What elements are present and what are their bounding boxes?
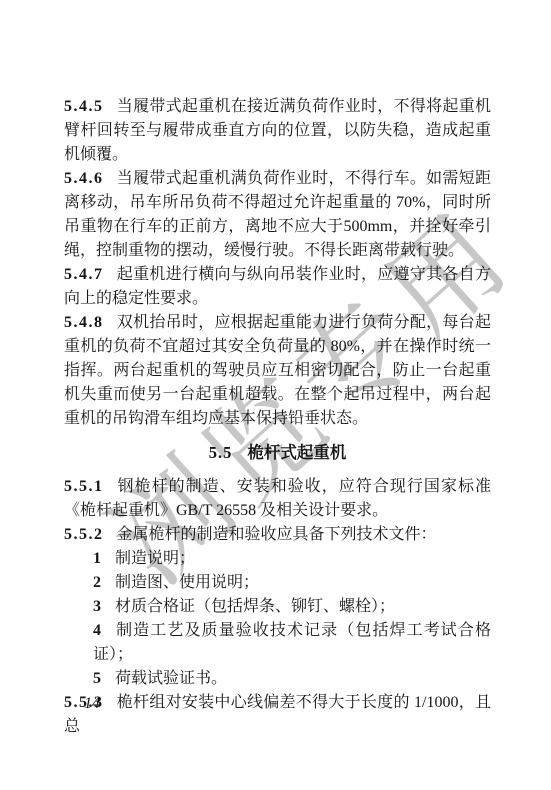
clause-number: 5.5.2 [64,526,104,543]
clause-text: 双机抬吊时，应根据起重能力进行负荷分配，每台起重机的负荷不宜超过其安全负荷量的 … [64,314,491,427]
list-item-text: 制造说明； [115,550,195,567]
clause-paragraph-5-4-8: 5.4.8双机抬吊时，应根据起重能力进行负荷分配，每台起重机的负荷不宜超过其安全… [64,311,491,431]
section-heading-number: 5.5 [209,443,233,462]
clause-number: 5.4.6 [64,170,104,187]
clause-paragraph-5-5-3: 5.5.3桅杆组对安装中心线偏差不得大于长度的 1/1000，且总 [64,691,491,739]
clause-text: 起重机进行横向与纵向吊装作业时，应遵守其各自方向上的稳定性要求。 [64,266,491,307]
list-item: 5荷载试验证书。 [64,667,491,691]
list-item-number: 3 [93,598,101,615]
clause-number: 5.4.8 [64,314,104,331]
page-number: 14 [84,692,100,716]
clause-number: 5.5.1 [64,478,104,495]
list-item: 1制造说明； [64,547,491,571]
list-item-number: 2 [93,574,101,591]
list-item-number: 5 [93,670,101,687]
clause-text: 钢桅杆的制造、安装和验收，应符合现行国家标准《桅杆起重机》GB/T 26558 … [64,478,491,519]
section-heading-title: 桅杆式起重机 [247,444,346,462]
clause-paragraph-5-5-1: 5.5.1钢桅杆的制造、安装和验收，应符合现行国家标准《桅杆起重机》GB/T 2… [64,475,491,523]
list-item: 3材质合格证（包括焊条、铆钉、螺栓）； [64,595,491,619]
clause-number: 5.4.7 [64,266,104,283]
page-body: 5.4.5当履带式起重机在接近满负荷作业时，不得将起重机臂杆回转至与履带成垂直方… [64,95,491,739]
list-item-number: 1 [93,550,101,567]
list-item-text: 制造图、使用说明； [115,574,259,591]
clause-paragraph-5-4-7: 5.4.7起重机进行横向与纵向吊装作业时，应遵守其各自方向上的稳定性要求。 [64,263,491,311]
list-item-number: 4 [93,622,101,639]
list-item: 4制造工艺及质量验收技术记录（包括焊工考试合格证）； [64,619,491,667]
clause-paragraph-5-4-5: 5.4.5当履带式起重机在接近满负荷作业时，不得将起重机臂杆回转至与履带成垂直方… [64,95,491,167]
list-item-text: 制造工艺及质量验收技术记录（包括焊工考试合格证）； [93,622,491,663]
clause-text: 当履带式起重机满负荷作业时，不得行车。如需短距离移动，吊车所吊负荷不得超过允许起… [64,170,491,259]
clause-text: 桅杆组对安装中心线偏差不得大于长度的 1/1000，且总 [64,694,491,735]
document-page: 浏览专用 5.4.5当履带式起重机在接近满负荷作业时，不得将起重机臂杆回转至与履… [0,0,551,790]
list-item-text: 材质合格证（包括焊条、铆钉、螺栓）； [115,598,395,615]
list-item-text: 荷载试验证书。 [115,670,227,687]
clause-text: 金属桅杆的制造和验收应具备下列技术文件： [117,526,437,543]
clause-text: 当履带式起重机在接近满负荷作业时，不得将起重机臂杆回转至与履带成垂直方向的位置，… [64,98,491,163]
list-item: 2制造图、使用说明； [64,571,491,595]
clause-number: 5.4.5 [64,98,104,115]
technical-documents-list: 1制造说明； 2制造图、使用说明； 3材质合格证（包括焊条、铆钉、螺栓）； 4制… [64,547,491,691]
section-heading-5-5: 5.5桅杆式起重机 [64,441,491,465]
clause-paragraph-5-4-6: 5.4.6当履带式起重机满负荷作业时，不得行车。如需短距离移动，吊车所吊负荷不得… [64,167,491,263]
clause-paragraph-5-5-2: 5.5.2金属桅杆的制造和验收应具备下列技术文件： [64,523,491,547]
